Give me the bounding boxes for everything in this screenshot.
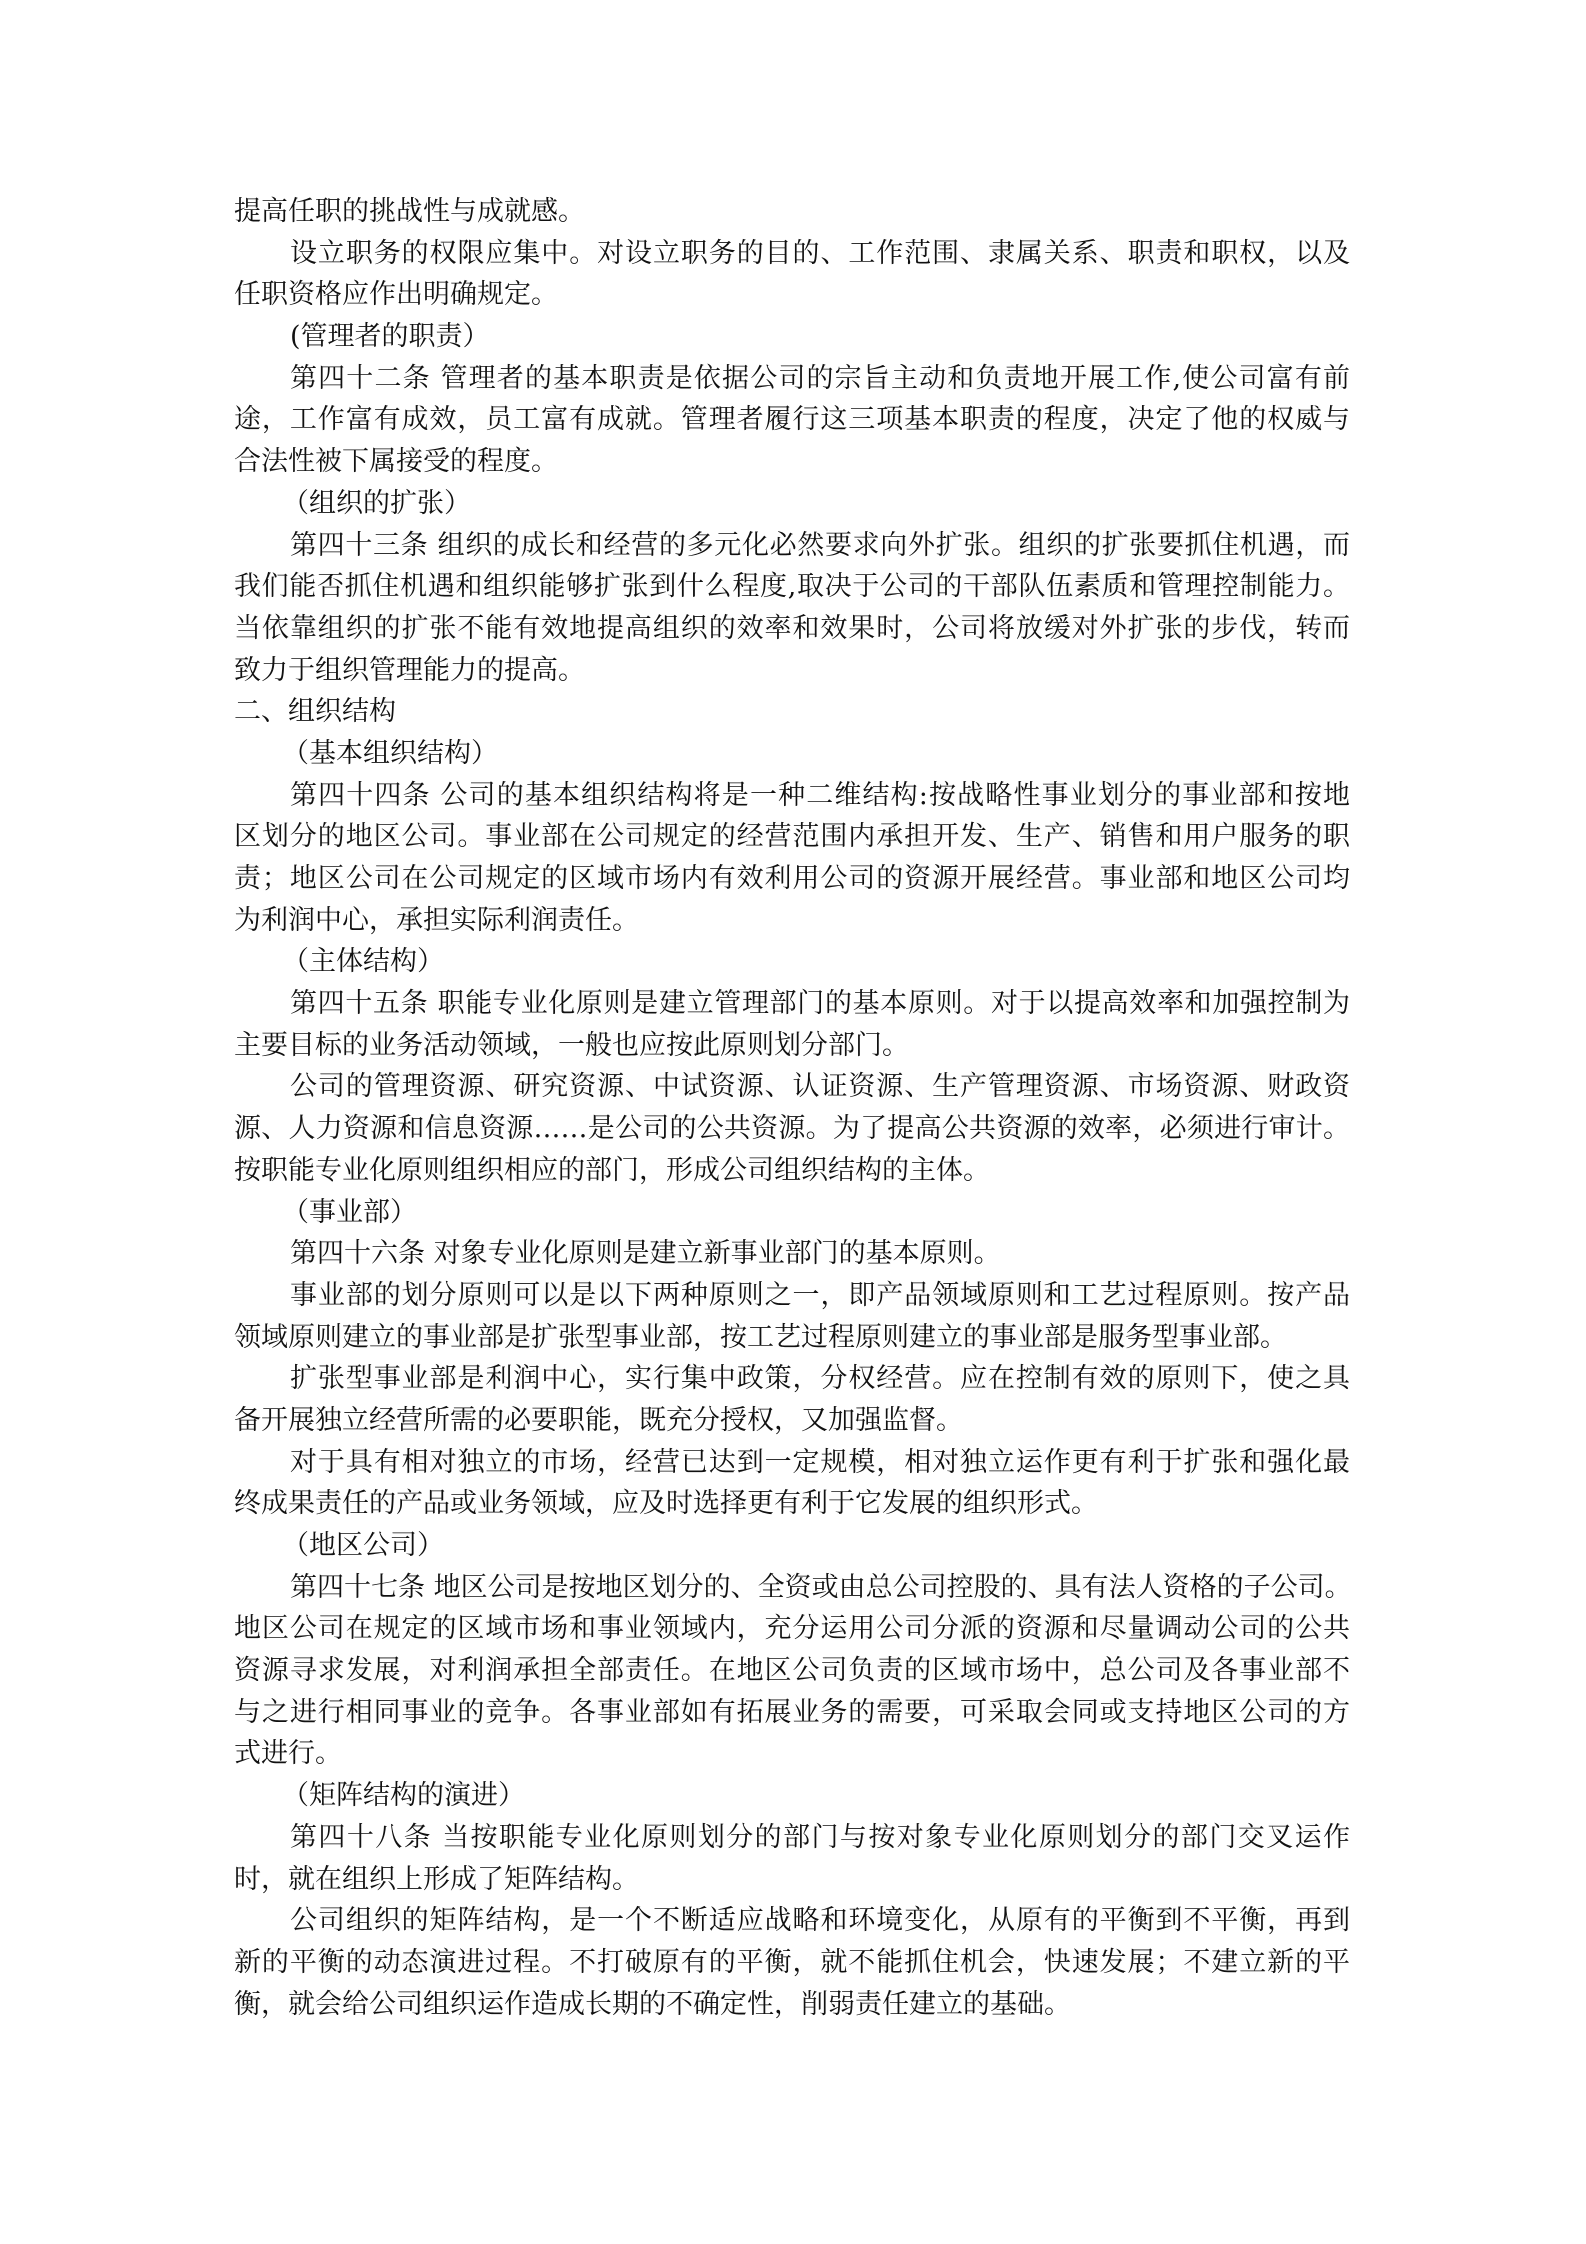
paragraph-line: 对于具有相对独立的市场，经营已达到一定规模，相对独立运作更有利于扩张和强化最 xyxy=(234,1442,1350,1484)
article-line: 第四十三条 组织的成长和经营的多元化必然要求向外扩张。组织的扩张要抓住机遇，而 xyxy=(234,525,1350,567)
paragraph-line: 区划分的地区公司。事业部在公司规定的经营范围内承担开发、生产、销售和用户服务的职 xyxy=(234,816,1350,858)
section-subheading: （组织的扩张） xyxy=(234,483,1350,525)
paragraph-line: 备开展独立经营所需的必要职能，既充分授权，又加强监督。 xyxy=(234,1400,1350,1442)
document-page: 提高任职的挑战性与成就感。 设立职务的权限应集中。对设立职务的目的、工作范围、隶… xyxy=(234,191,1350,2025)
paragraph-line: 为利润中心，承担实际利润责任。 xyxy=(234,900,1350,942)
paragraph-line: 致力于组织管理能力的提高。 xyxy=(234,650,1350,692)
paragraph-line: 途，工作富有成效，员工富有成就。管理者履行这三项基本职责的程度，决定了他的权威与 xyxy=(234,399,1350,441)
paragraph-line: 设立职务的权限应集中。对设立职务的目的、工作范围、隶属关系、职责和职权，以及 xyxy=(234,233,1350,275)
section-subheading: （矩阵结构的演进） xyxy=(234,1775,1350,1817)
paragraph-line: 资源寻求发展，对利润承担全部责任。在地区公司负责的区域市场中，总公司及各事业部不 xyxy=(234,1650,1350,1692)
section-subheading: （地区公司） xyxy=(234,1525,1350,1567)
paragraph-line: 衡，就会给公司组织运作造成长期的不确定性，削弱责任建立的基础。 xyxy=(234,1984,1350,2026)
article-line: 第四十五条 职能专业化原则是建立管理部门的基本原则。对于以提高效率和加强控制为 xyxy=(234,983,1350,1025)
paragraph-line: 源、人力资源和信息资源……是公司的公共资源。为了提高公共资源的效率，必须进行审计… xyxy=(234,1108,1350,1150)
article-line: 第四十八条 当按职能专业化原则划分的部门与按对象专业化原则划分的部门交叉运作 xyxy=(234,1817,1350,1859)
section-subheading: （主体结构） xyxy=(234,941,1350,983)
paragraph-line: 时，就在组织上形成了矩阵结构。 xyxy=(234,1859,1350,1901)
section-subheading: （基本组织结构） xyxy=(234,733,1350,775)
paragraph-line: 终成果责任的产品或业务领域，应及时选择更有利于它发展的组织形式。 xyxy=(234,1483,1350,1525)
paragraph-line: 扩张型事业部是利润中心，实行集中政策，分权经营。应在控制有效的原则下，使之具 xyxy=(234,1358,1350,1400)
article-line: 第四十六条 对象专业化原则是建立新事业部门的基本原则。 xyxy=(234,1233,1350,1275)
paragraph-line: 公司组织的矩阵结构，是一个不断适应战略和环境变化，从原有的平衡到不平衡，再到 xyxy=(234,1900,1350,1942)
paragraph-line: 主要目标的业务活动领域，一般也应按此原则划分部门。 xyxy=(234,1025,1350,1067)
paragraph-line: 责；地区公司在公司规定的区域市场内有效利用公司的资源开展经营。事业部和地区公司均 xyxy=(234,858,1350,900)
paragraph-line: 新的平衡的动态演进过程。不打破原有的平衡，就不能抓住机会，快速发展；不建立新的平 xyxy=(234,1942,1350,1984)
paragraph-line: 任职资格应作出明确规定。 xyxy=(234,274,1350,316)
paragraph-line: 式进行。 xyxy=(234,1733,1350,1775)
paragraph-line: 领域原则建立的事业部是扩张型事业部，按工艺过程原则建立的事业部是服务型事业部。 xyxy=(234,1317,1350,1359)
article-line: 第四十四条 公司的基本组织结构将是一种二维结构:按战略性事业划分的事业部和按地 xyxy=(234,775,1350,817)
paragraph-line: 公司的管理资源、研究资源、中试资源、认证资源、生产管理资源、市场资源、财政资 xyxy=(234,1066,1350,1108)
article-line: 第四十七条 地区公司是按地区划分的、全资或由总公司控股的、具有法人资格的子公司。 xyxy=(234,1567,1350,1609)
article-line: 第四十二条 管理者的基本职责是依据公司的宗旨主动和负责地开展工作,使公司富有前 xyxy=(234,358,1350,400)
paragraph-line: 与之进行相同事业的竞争。各事业部如有拓展业务的需要，可采取会同或支持地区公司的方 xyxy=(234,1692,1350,1734)
paragraph-line: 地区公司在规定的区域市场和事业领域内，充分运用公司分派的资源和尽量调动公司的公共 xyxy=(234,1608,1350,1650)
paragraph-line: 当依靠组织的扩张不能有效地提高组织的效率和效果时，公司将放缓对外扩张的步伐，转而 xyxy=(234,608,1350,650)
section-subheading: (管理者的职责） xyxy=(234,316,1350,358)
paragraph-line: 事业部的划分原则可以是以下两种原则之一，即产品领域原则和工艺过程原则。按产品 xyxy=(234,1275,1350,1317)
paragraph-line: 我们能否抓住机遇和组织能够扩张到什么程度,取决于公司的干部队伍素质和管理控制能力… xyxy=(234,566,1350,608)
section-subheading: （事业部） xyxy=(234,1192,1350,1234)
paragraph-line: 提高任职的挑战性与成就感。 xyxy=(234,191,1350,233)
paragraph-line: 按职能专业化原则组织相应的部门，形成公司组织结构的主体。 xyxy=(234,1150,1350,1192)
section-heading: 二、组织结构 xyxy=(234,691,1350,733)
paragraph-line: 合法性被下属接受的程度。 xyxy=(234,441,1350,483)
